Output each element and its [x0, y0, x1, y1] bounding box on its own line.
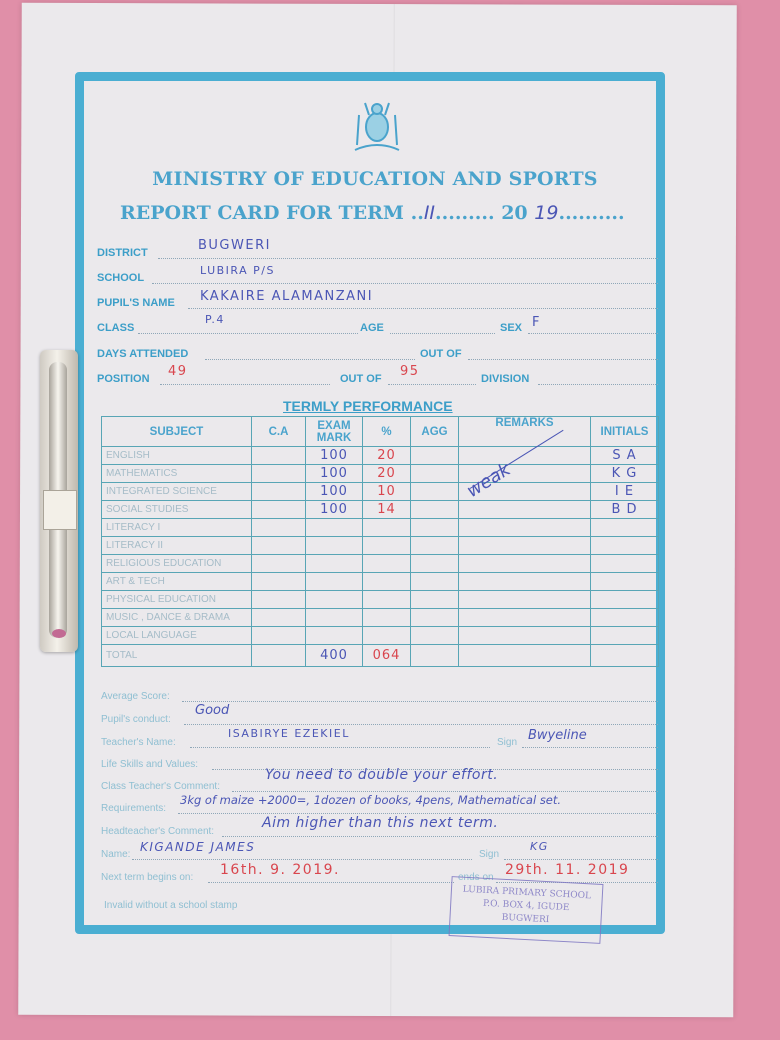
position-value: 49 — [168, 364, 188, 379]
table-row: RELIGIOUS EDUCATION — [102, 555, 659, 573]
position-label: POSITION — [97, 373, 150, 385]
term-value: II — [424, 202, 435, 224]
table-row: INTEGRATED SCIENCE10010I E — [102, 483, 659, 501]
col-initials: INITIALS — [591, 417, 659, 447]
exam-mark-cell: 400 — [306, 645, 363, 667]
school-stamp: LUBIRA PRIMARY SCHOOL P.O. BOX 4, IGUDE … — [449, 876, 604, 944]
district-label: DISTRICT — [97, 247, 148, 259]
subject-cell: INTEGRATED SCIENCE — [102, 483, 252, 501]
percent-cell — [363, 591, 411, 609]
subject-cell: LITERACY II — [102, 537, 252, 555]
ministry-title: MINISTRY OF EDUCATION AND SPORTS — [80, 168, 670, 190]
subject-cell: SOCIAL STUDIES — [102, 501, 252, 519]
requirements-value: 3kg of maize +2000=, 1dozen of books, 4p… — [180, 793, 561, 807]
teacher-name-label: Teacher's Name: — [101, 737, 176, 748]
year-value: 19 — [534, 202, 558, 224]
initials-cell — [591, 645, 659, 667]
validity-note: Invalid without a school stamp — [104, 900, 237, 911]
col-remarks: REMARKS — [459, 417, 591, 447]
sex-label: SEX — [500, 322, 522, 334]
subject-cell: ENGLISH — [102, 447, 252, 465]
sex-value: F — [532, 315, 541, 330]
district-value: BUGWERI — [198, 238, 271, 253]
agg-cell — [411, 645, 459, 667]
class-label: CLASS — [97, 322, 134, 334]
agg-cell — [411, 573, 459, 591]
report-title: REPORT CARD FOR TERM ..II......... 20 19… — [120, 202, 640, 224]
percent-cell — [363, 519, 411, 537]
remarks-cell — [459, 627, 591, 645]
table-row: TOTAL400064 — [102, 645, 659, 667]
remarks-cell — [459, 537, 591, 555]
exam-mark-cell: 100 — [306, 483, 363, 501]
division-label: DIVISION — [481, 373, 529, 385]
requirements-label: Requirements: — [101, 803, 166, 814]
col-subject: SUBJECT — [102, 417, 252, 447]
ca-cell — [252, 483, 306, 501]
table-row: MATHEMATICS10020K G — [102, 465, 659, 483]
agg-cell — [411, 483, 459, 501]
percent-cell: 10 — [363, 483, 411, 501]
exam-mark-cell — [306, 591, 363, 609]
exam-mark-cell — [306, 573, 363, 591]
agg-cell — [411, 555, 459, 573]
exam-mark-cell — [306, 519, 363, 537]
exam-mark-cell — [306, 627, 363, 645]
initials-cell — [591, 555, 659, 573]
exam-mark-cell: 100 — [306, 465, 363, 483]
uganda-coat-of-arms-icon — [345, 95, 409, 157]
col-agg: AGG — [411, 417, 459, 447]
remarks-cell — [459, 555, 591, 573]
table-row: PHYSICAL EDUCATION — [102, 591, 659, 609]
subject-cell: LOCAL LANGUAGE — [102, 627, 252, 645]
subject-cell: RELIGIOUS EDUCATION — [102, 555, 252, 573]
percent-cell — [363, 537, 411, 555]
table-row: ENGLISH10020S A — [102, 447, 659, 465]
table-row: MUSIC , DANCE & DRAMA — [102, 609, 659, 627]
agg-cell — [411, 519, 459, 537]
table-row: ART & TECH — [102, 573, 659, 591]
conduct-label: Pupil's conduct: — [101, 714, 171, 725]
subject-cell: LITERACY I — [102, 519, 252, 537]
days-attended-label: DAYS ATTENDED — [97, 348, 188, 360]
ca-cell — [252, 609, 306, 627]
initials-cell — [591, 609, 659, 627]
agg-cell — [411, 537, 459, 555]
ca-cell — [252, 465, 306, 483]
exam-mark-cell — [306, 537, 363, 555]
percent-cell — [363, 555, 411, 573]
agg-cell — [411, 609, 459, 627]
ca-cell — [252, 519, 306, 537]
class-teacher-comment-value: You need to double your effort. — [265, 767, 498, 783]
head-name-value: KIGANDE JAMES — [140, 840, 255, 854]
initials-cell: B D — [591, 501, 659, 519]
initials-cell — [591, 591, 659, 609]
ca-cell — [252, 555, 306, 573]
ca-cell — [252, 591, 306, 609]
teacher-sign-label: Sign — [497, 737, 517, 748]
head-signature: KG — [530, 840, 549, 853]
next-term-begins-value: 16th. 9. 2019. — [220, 862, 340, 878]
table-header-row: SUBJECT C.A EXAM MARK % AGG REMARKS INIT… — [102, 417, 659, 447]
teacher-signature: Bwyeline — [528, 728, 587, 743]
class-value: P.4 — [205, 313, 225, 326]
initials-cell: S A — [591, 447, 659, 465]
pupil-name-value: KAKAIRE ALAMANZANI — [200, 289, 373, 304]
col-percent: % — [363, 417, 411, 447]
exam-mark-cell: 100 — [306, 447, 363, 465]
age-label: AGE — [360, 322, 384, 334]
headteacher-comment-value: Aim higher than this next term. — [262, 815, 498, 831]
position-out-of-value: 95 — [400, 364, 420, 379]
percent-cell: 14 — [363, 501, 411, 519]
percent-cell: 064 — [363, 645, 411, 667]
exam-mark-cell — [306, 555, 363, 573]
initials-cell — [591, 573, 659, 591]
school-value: LUBIRA P/S — [200, 264, 275, 277]
table-row: LITERACY I — [102, 519, 659, 537]
percent-cell: 20 — [363, 465, 411, 483]
table-row: SOCIAL STUDIES10014B D — [102, 501, 659, 519]
class-teacher-comment-label: Class Teacher's Comment: — [101, 781, 220, 792]
days-out-of-label: OUT OF — [420, 348, 462, 360]
agg-cell — [411, 627, 459, 645]
initials-cell — [591, 519, 659, 537]
table-row: LOCAL LANGUAGE — [102, 627, 659, 645]
agg-cell — [411, 591, 459, 609]
agg-cell — [411, 501, 459, 519]
remarks-cell — [459, 591, 591, 609]
remarks-cell — [459, 447, 591, 465]
percent-cell — [363, 573, 411, 591]
percent-cell: 20 — [363, 447, 411, 465]
headteacher-comment-label: Headteacher's Comment: — [101, 826, 214, 837]
remarks-cell — [459, 609, 591, 627]
subject-cell: ART & TECH — [102, 573, 252, 591]
initials-cell — [591, 627, 659, 645]
subject-cell: PHYSICAL EDUCATION — [102, 591, 252, 609]
ca-cell — [252, 645, 306, 667]
ends-on-value: 29th. 11. 2019 — [505, 862, 629, 878]
binder-clip — [40, 350, 78, 652]
conduct-value: Good — [195, 703, 229, 718]
head-sign-label: Sign — [479, 849, 499, 860]
agg-cell — [411, 447, 459, 465]
school-label: SCHOOL — [97, 272, 144, 284]
head-name-label: Name: — [101, 849, 130, 860]
termly-performance-title: TERMLY PERFORMANCE — [283, 398, 453, 414]
percent-cell — [363, 627, 411, 645]
ca-cell — [252, 447, 306, 465]
position-out-of-label: OUT OF — [340, 373, 382, 385]
performance-table: SUBJECT C.A EXAM MARK % AGG REMARKS INIT… — [101, 416, 659, 667]
exam-mark-cell — [306, 609, 363, 627]
exam-mark-cell: 100 — [306, 501, 363, 519]
pupil-name-label: PUPIL'S NAME — [97, 297, 175, 309]
subject-cell: MATHEMATICS — [102, 465, 252, 483]
ca-cell — [252, 573, 306, 591]
initials-cell: K G — [591, 465, 659, 483]
remarks-cell — [459, 573, 591, 591]
agg-cell — [411, 465, 459, 483]
next-term-label: Next term begins on: — [101, 872, 193, 883]
remarks-cell — [459, 519, 591, 537]
life-skills-label: Life Skills and Values: — [101, 759, 198, 770]
percent-cell — [363, 609, 411, 627]
ca-cell — [252, 501, 306, 519]
remarks-cell — [459, 645, 591, 667]
ca-cell — [252, 537, 306, 555]
ca-cell — [252, 627, 306, 645]
subject-cell: MUSIC , DANCE & DRAMA — [102, 609, 252, 627]
col-ca: C.A — [252, 417, 306, 447]
teacher-name-value: ISABIRYE EZEKIEL — [228, 727, 350, 740]
table-row: LITERACY II — [102, 537, 659, 555]
initials-cell — [591, 537, 659, 555]
remarks-cell — [459, 501, 591, 519]
average-score-label: Average Score: — [101, 691, 170, 702]
col-exam-mark: EXAM MARK — [306, 417, 363, 447]
subject-cell: TOTAL — [102, 645, 252, 667]
initials-cell: I E — [591, 483, 659, 501]
